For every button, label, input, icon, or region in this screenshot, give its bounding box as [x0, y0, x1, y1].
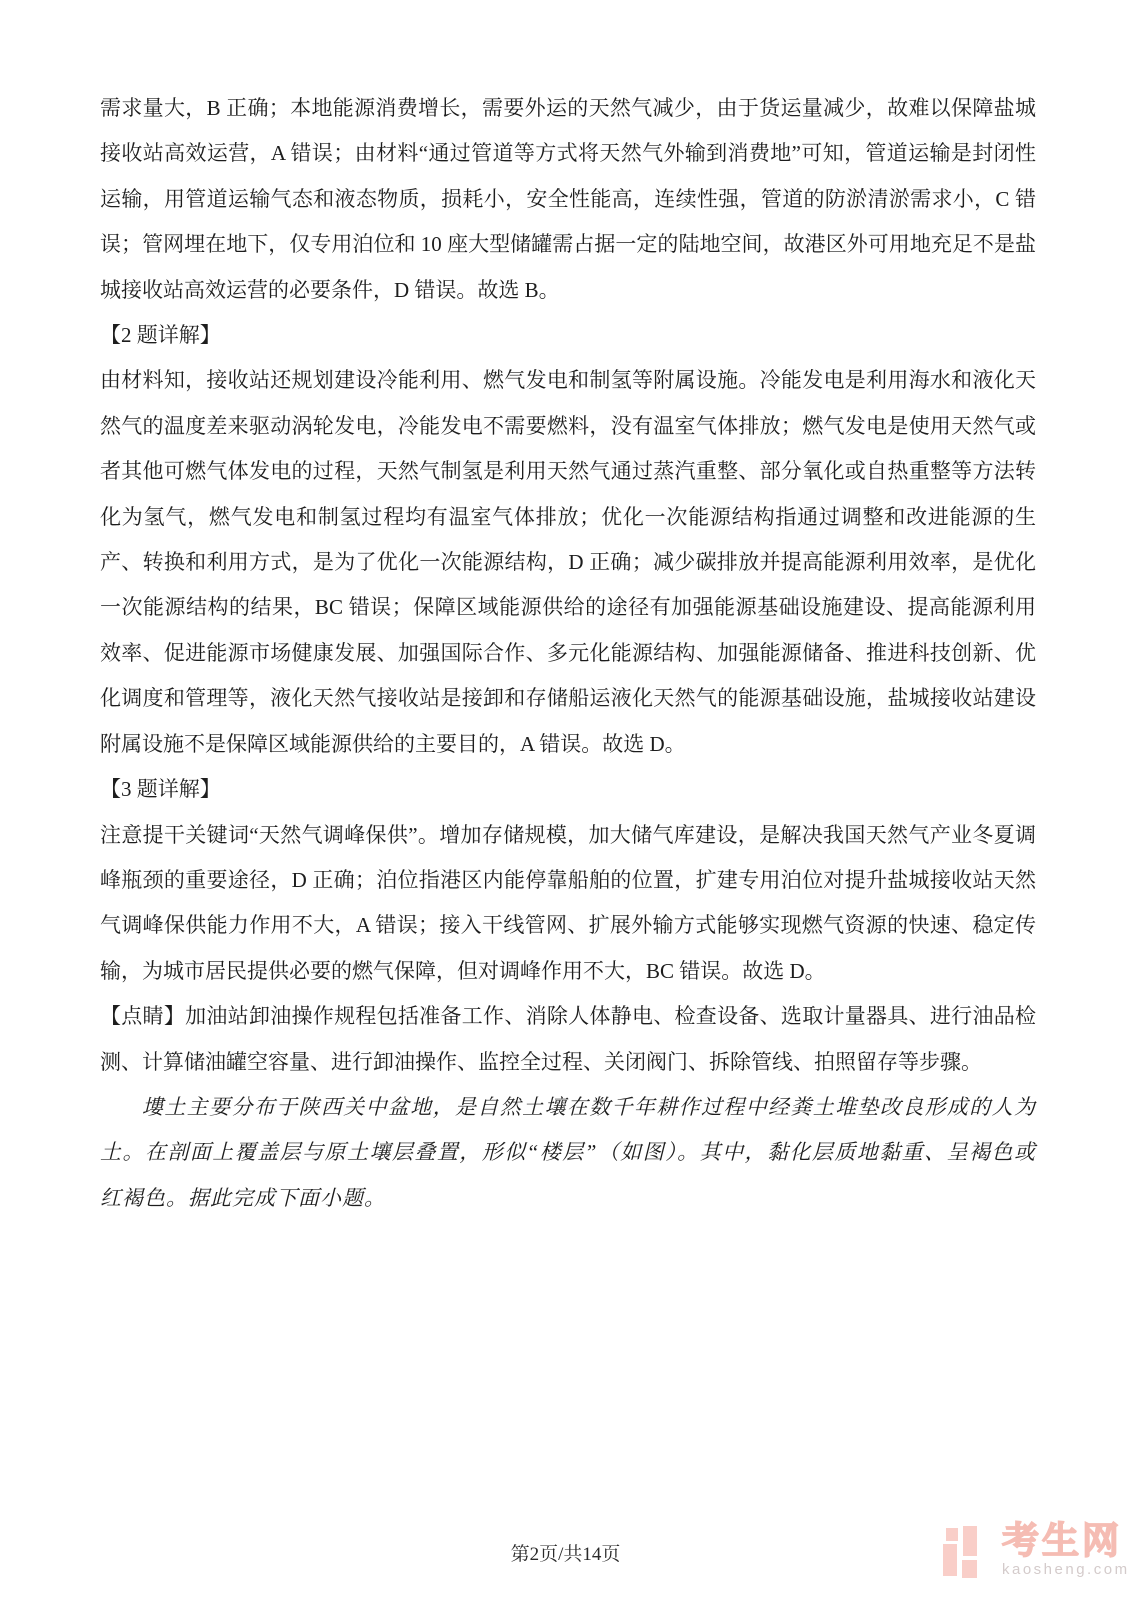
watermark-brand-name: 考生网 [1002, 1522, 1130, 1561]
answer-explanation-body: 需求量大，B 正确；本地能源消费增长，需要外运的天然气减少，由于货运量减少，故难… [100, 86, 1036, 1221]
watermark-text-block: 考生网 kaosheng.com [1002, 1522, 1130, 1579]
paragraph-next-material: 塿土主要分布于陕西关中盆地，是自然土壤在数千年耕作过程中经粪土堆垫改良形成的人为… [100, 1085, 1036, 1221]
kaosheng-watermark: 考生网 kaosheng.com [938, 1522, 1130, 1582]
paragraph-question-2-explanation: 由材料知，接收站还规划建设冷能利用、燃气发电和制氢等附属设施。冷能发电是利用海水… [100, 358, 1036, 767]
paragraph-question-3-explanation: 注意提干关键词“天然气调峰保供”。增加存储规模，加大储气库建设，是解决我国天然气… [100, 813, 1036, 995]
paragraph-answer-continuation: 需求量大，B 正确；本地能源消费增长，需要外运的天然气减少，由于货运量减少，故难… [100, 86, 1036, 313]
watermark-domain: kaosheng.com [1002, 1561, 1130, 1579]
paragraph-tips: 【点睛】加油站卸油操作规程包括准备工作、消除人体静电、检查设备、选取计量器具、进… [100, 994, 1036, 1085]
kaosheng-logo-icon [938, 1522, 980, 1582]
document-page: 需求量大，B 正确；本地能源消费增长，需要外运的天然气减少，由于货运量减少，故难… [0, 0, 1131, 1600]
heading-question-2: 【2 题详解】 [100, 313, 1036, 358]
heading-question-3: 【3 题详解】 [100, 767, 1036, 812]
